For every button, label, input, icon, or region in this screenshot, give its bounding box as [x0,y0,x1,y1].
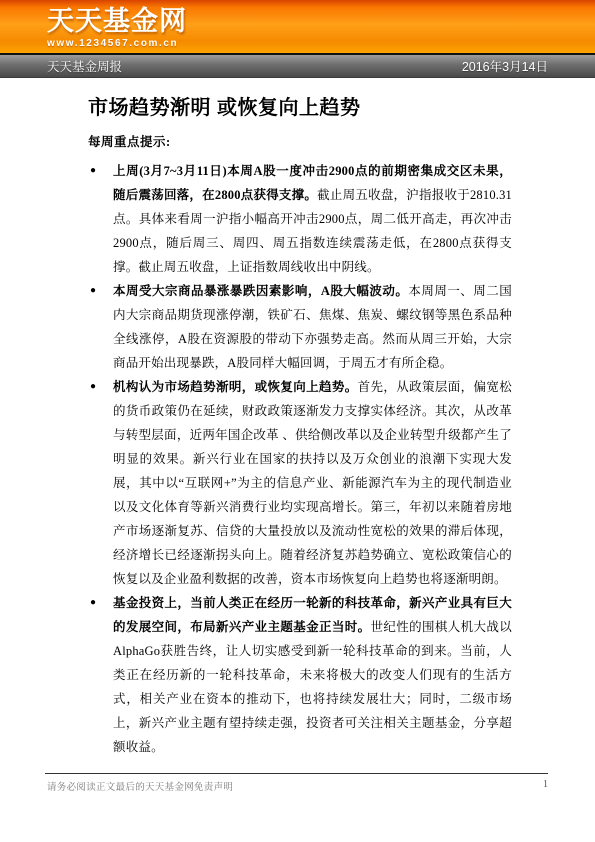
brand-logo-url: www.1234567.com.cn [47,38,187,49]
page-title: 市场趋势渐明 或恢复向上趋势 [88,91,512,120]
footer-disclaimer: 请务必阅读正文最后的天天基金网免责声明 [47,779,233,793]
bullet-text-1: 上周(3月7~3月11日)本周A股一度冲击2900点的前期密集成交区未果，随后震… [113,159,512,279]
article-body: 市场趋势渐明 或恢复向上趋势 每周重点提示: ● 上周(3月7~3月11日)本周… [0,78,595,759]
bullet-text-2: 本周受大宗商品暴涨暴跌因素影响，A股大幅波动。本周周一、周二国内大宗商品期货现涨… [113,279,512,375]
bullet-text-4: 基金投资上，当前人类正在经历一轮新的科技革命，新兴产业具有巨大的发展空间，布局新… [113,591,512,759]
bullet-body-3: 首先，从政策层面，偏宽松的货币政策仍在延续，财政政策逐渐发力支撑实体经济。其次，… [113,380,512,586]
weekly-highlights-label: 每周重点提示: [88,132,512,150]
bullet-dot-icon: ● [88,591,113,759]
bullet-list: ● 上周(3月7~3月11日)本周A股一度冲击2900点的前期密集成交区未果，随… [88,159,512,759]
bullet-body-4: 世纪性的围棋人机大战以AlphaGo获胜告终，让人切实感受到新一轮科技革命的到来… [113,620,512,754]
bullet-text-3: 机构认为市场趋势渐明，或恢复向上趋势。首先，从政策层面，偏宽松的货币政策仍在延续… [113,375,512,591]
bullet-dot-icon: ● [88,159,113,279]
bullet-item-3: ● 机构认为市场趋势渐明，或恢复向上趋势。首先，从政策层面，偏宽松的货币政策仍在… [88,375,512,591]
bullet-lead-2: 本周受大宗商品暴涨暴跌因素影响，A股大幅波动。 [113,284,408,298]
page-number: 1 [543,779,548,790]
meta-bar: 天天基金周报 2016年3月14日 [0,55,595,78]
bullet-item-4: ● 基金投资上，当前人类正在经历一轮新的科技革命，新兴产业具有巨大的发展空间，布… [88,591,512,759]
brand-logo-text: 天天基金网 [47,7,187,37]
report-date: 2016年3月14日 [462,57,548,75]
report-page: 天天基金网 www.1234567.com.cn 天天基金周报 2016年3月1… [0,0,595,842]
brand-logo: 天天基金网 www.1234567.com.cn [47,7,187,49]
footer: 请务必阅读正文最后的天天基金网免责声明 1 [47,779,548,793]
bullet-dot-icon: ● [88,279,113,375]
bullet-lead-3: 机构认为市场趋势渐明，或恢复向上趋势。 [113,380,358,394]
bullet-item-1: ● 上周(3月7~3月11日)本周A股一度冲击2900点的前期密集成交区未果，随… [88,159,512,279]
brand-header: 天天基金网 www.1234567.com.cn [0,0,595,53]
bullet-item-2: ● 本周受大宗商品暴涨暴跌因素影响，A股大幅波动。本周周一、周二国内大宗商品期货… [88,279,512,375]
bullet-dot-icon: ● [88,375,113,591]
footer-rule [45,773,548,774]
report-name: 天天基金周报 [47,57,122,75]
